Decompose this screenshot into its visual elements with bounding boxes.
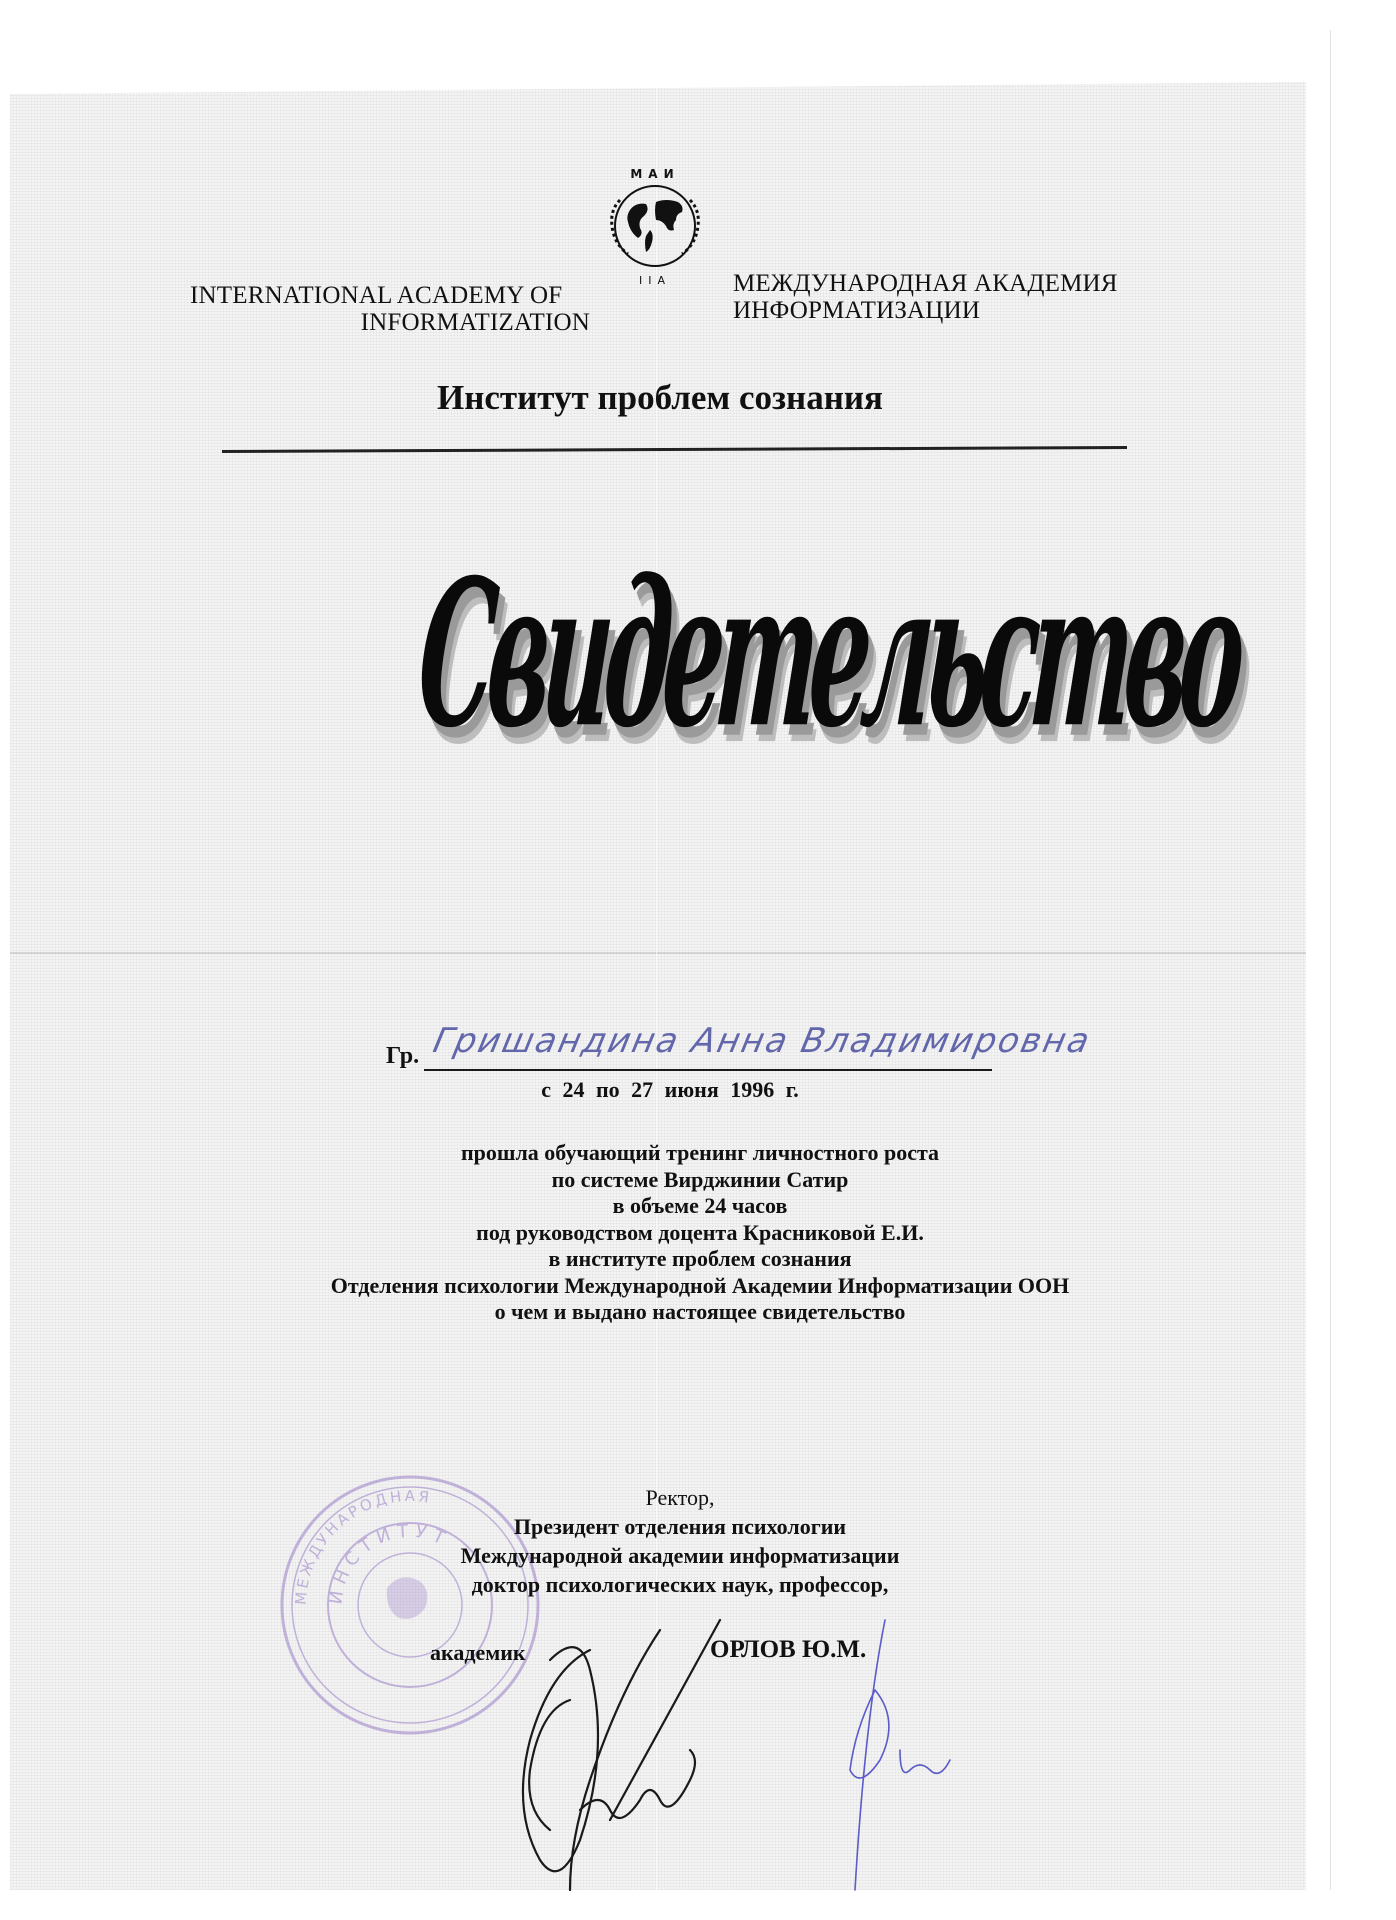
recipient-handwritten-name: Гришандина Анна Владимировна [430, 1021, 1095, 1061]
body-line: в институте проблем сознания [200, 1246, 1200, 1273]
certificate-title: Свидетельство [420, 525, 930, 815]
body-line: о чем и выдано настоящее свидетельство [200, 1299, 1200, 1326]
signatory-line: Международной академии информатизации [380, 1541, 980, 1570]
signatory-line: Президент отделения психологии [380, 1512, 980, 1541]
header-russian-line1: МЕЖДУНАРОДНАЯ АКАДЕМИЯ [733, 270, 1153, 297]
training-dates: с 24 по 27 июня 1996 г. [380, 1077, 960, 1103]
signatory-line: Ректор, [380, 1483, 980, 1512]
header-russian-line2: ИНФОРМАТИЗАЦИИ [733, 297, 1153, 324]
header-english-line1: INTERNATIONAL ACADEMY OF [190, 282, 590, 309]
body-line: в объеме 24 часов [200, 1193, 1200, 1220]
recipient-prefix: Гр. [386, 1043, 419, 1070]
logo-top-text: МАИ [630, 167, 679, 181]
certificate-title-text: Свидетельство [402, 382, 949, 928]
body-line: по системе Вирджинии Сатир [200, 1167, 1200, 1194]
fold-line-horizontal [10, 952, 1306, 954]
body-line: под руководством доцента Красниковой Е.И… [200, 1220, 1200, 1247]
header-english: INTERNATIONAL ACADEMY OF INFORMATIZATION [190, 282, 590, 336]
paper-edge [1330, 30, 1331, 1890]
body-line: Отделения психологии Международной Акаде… [200, 1273, 1200, 1300]
recipient-row: Гр. Гришандина Анна Владимировна [386, 1025, 1256, 1085]
signatory-line: доктор психологических наук, профессор, [380, 1570, 980, 1599]
handwritten-signature-icon [480, 1610, 1020, 1910]
body-line: прошла обучающий тренинг личностного рос… [200, 1140, 1200, 1167]
header-english-line2: INFORMATIZATION [190, 309, 590, 336]
certificate-body: прошла обучающий тренинг личностного рос… [200, 1140, 1200, 1326]
signatory-block: Ректор, Президент отделения психологии М… [380, 1483, 980, 1599]
header-russian: МЕЖДУНАРОДНАЯ АКАДЕМИЯ ИНФОРМАТИЗАЦИИ [733, 270, 1153, 324]
recipient-underline [424, 1069, 992, 1071]
globe-laurel-emblem-icon: МАИ IIA [590, 160, 720, 290]
logo-bottom-text: IIA [639, 274, 671, 287]
